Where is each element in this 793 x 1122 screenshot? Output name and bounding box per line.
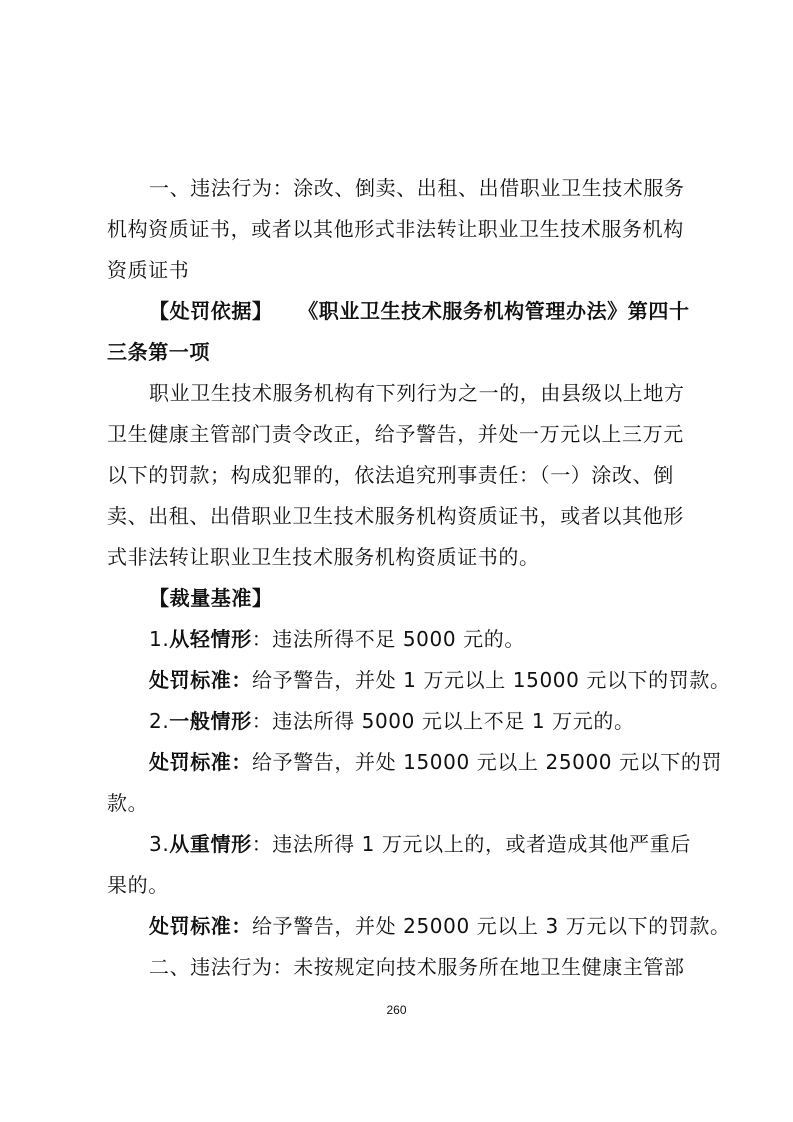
discretion-item-2: 2.一般情形：违法所得 5000 元以上不足 1 万元的。 [149,709,635,733]
discretion-item-3: 3.从重情形：违法所得 1 万元以上的，或者造成其他严重后 [149,832,691,856]
discretion-item-2-standard-cont: 款。 [107,791,148,815]
violation-1-line-1: 一、违法行为：涂改、倒卖、出租、出借职业卫生技术服务 [149,176,685,200]
discretion-item-3-standard: 处罚标准：给予警告，并处 25000 元以上 3 万元以下的罚款。 [149,914,731,938]
violation-1-line-3: 资质证书 [107,258,189,282]
provision-line-3: 以下的罚款；构成犯罪的，依法追究刑事责任：（一）涂改、倒 [107,463,674,487]
discretion-item-title: 从轻情形 [169,627,251,651]
discretion-label: 【裁量基准】 [149,586,273,610]
discretion-item-1-standard: 处罚标准：给予警告，并处 1 万元以上 15000 元以下的罚款。 [149,668,731,692]
discretion-item-title: 从重情形 [169,832,251,856]
provision-line-5: 式非法转让职业卫生技术服务机构资质证书的。 [107,545,540,569]
violation-2-line-1: 二、违法行为：未按规定向技术服务所在地卫生健康主管部 [149,955,685,979]
discretion-item-3-cont: 果的。 [107,873,169,897]
discretion-item-2-standard: 处罚标准：给予警告，并处 15000 元以上 25000 元以下的罚 [149,750,722,774]
penalty-basis-law-cont: 三条第一项 [107,340,210,364]
penalty-basis-law: 《职业卫生技术服务机构管理办法》第四十 [298,299,689,323]
penalty-basis-label: 【处罚依据】 [149,299,273,323]
discretion-item-title: 一般情形 [169,709,251,733]
violation-1-line-2: 机构资质证书，或者以其他形式非法转让职业卫生技术服务机构 [107,217,684,241]
provision-line-4: 卖、出租、出借职业卫生技术服务机构资质证书，或者以其他形 [107,504,684,528]
page-number: 260 [0,1003,793,1017]
provision-line-2: 卫生健康主管部门责令改正，给予警告，并处一万元以上三万元 [107,422,684,446]
provision-line-1: 职业卫生技术服务机构有下列行为之一的，由县级以上地方 [149,381,685,405]
penalty-basis: 【处罚依据】 《职业卫生技术服务机构管理办法》第四十 [149,299,690,323]
discretion-item-1: 1.从轻情形：违法所得不足 5000 元的。 [149,627,525,651]
